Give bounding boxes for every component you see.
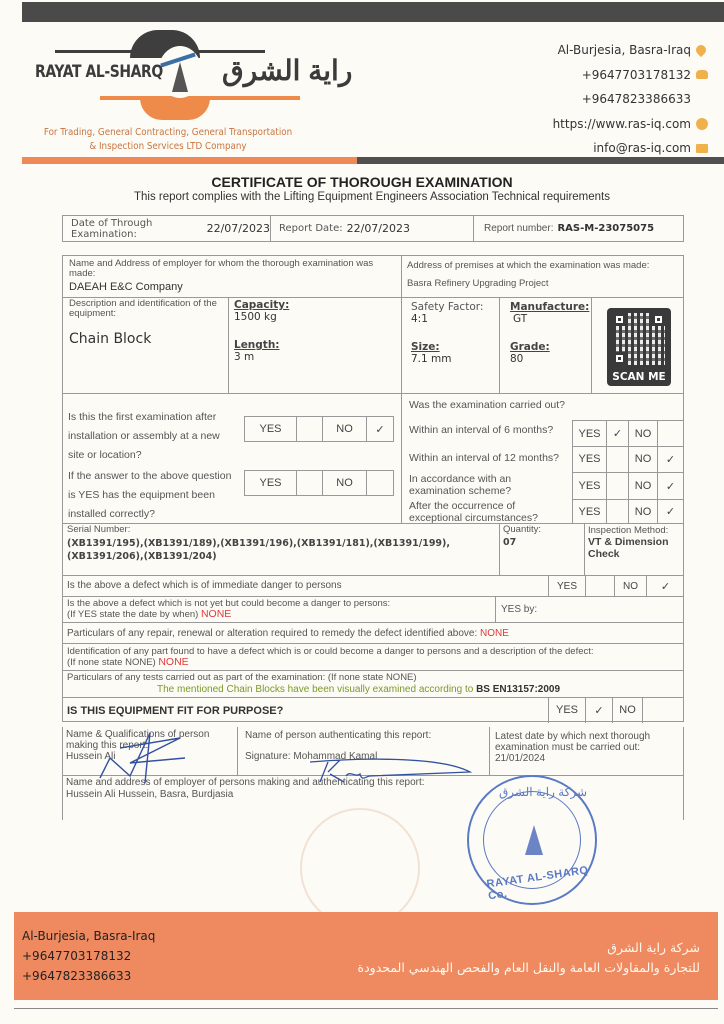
company-name-ar: راية الشرق [222,54,352,87]
size-value: 7.1 mm [411,353,496,365]
company-stamp: شركة راية الشرق RAYAT AL-SHARQ Co. [467,775,597,905]
footer-phone-1: +9647703178132 [22,946,155,966]
first-exam-question: Is this the first examination after inst… [68,408,238,465]
oil-rig-icon [172,62,188,92]
identification-value: NONE [158,656,188,668]
serial-number-value: (XB1391/195),(XB1391/189),(XB1391/196),(… [67,537,497,563]
interval-6-question: Within an interval of 6 months? [409,424,569,436]
exam-date: 22/07/2023 [207,222,270,235]
capacity-length-cell: Capacity: 1500 kg Length: 3 m [234,299,394,363]
contact-phone-1: +9647703178132 [553,63,708,88]
interval-12-yes-no: YES NO ✓ [572,446,684,473]
contact-website[interactable]: https://www.ras-iq.com [553,112,708,137]
tagline-line-2: & Inspection Services LTD Company [30,140,306,154]
contact-block: Al-Burjesia, Basra-Iraq +9647703178132 +… [553,38,708,161]
fit-for-purpose-no-checkbox[interactable] [643,697,684,723]
immediate-danger-yes-checkbox[interactable] [586,576,615,597]
first-exam-yes-no: YES NO ✓ [244,416,394,442]
next-exam-cell: Latest date by which next thorough exami… [495,731,680,764]
header-top-bar [22,2,724,22]
header-divider-orange [22,157,357,164]
interval-6-yes-checkbox[interactable]: ✓ [607,421,629,446]
qr-code[interactable]: SCAN ME [607,308,671,386]
footer-contact: Al-Burjesia, Basra-Iraq +9647703178132 +… [22,926,155,986]
inspection-method-value: VT & Dimension Check [588,536,683,560]
examination-table: Name and Address of employer for whom th… [62,255,684,722]
employer-cell: Name and Address of employer for whom th… [69,259,389,293]
faded-watermark-stamp [300,808,420,928]
fit-for-purpose-yes-checkbox[interactable]: ✓ [586,697,613,723]
stamp-rig-icon [525,825,543,855]
exam-date-cell: Date of Through Examination: 22/07/2023 [63,216,271,241]
employer-name: DAEAH E&C Company [69,281,389,293]
contact-address: Al-Burjesia, Basra-Iraq [553,38,708,63]
company-tagline: For Trading, General Contracting, Genera… [30,126,306,154]
safety-size-cell: Safety Factor: 4:1 Size: 7.1 mm [411,301,496,365]
report-date-cell: Report Date: 22/07/2023 [271,216,474,241]
report-number-cell: Report number: RAS-M-23075075 [474,216,683,241]
yes-by-field[interactable]: YES by: [501,604,537,615]
immediate-danger-question: Is the above a defect which is of immedi… [67,580,342,591]
footer-ar-line-1: شركة راية الشرق [358,938,700,958]
maker-signature [90,728,210,788]
report-date: 22/07/2023 [347,222,410,235]
safety-factor-value: 4:1 [411,313,496,325]
installed-correctly-question: If the answer to the above question is Y… [68,467,240,524]
tagline-line-1: For Trading, General Contracting, Genera… [30,126,306,140]
length-value: 3 m [234,351,394,363]
capacity-value: 1500 kg [234,311,394,323]
future-danger-value: NONE [201,608,231,620]
exam-scheme-yes-no: YES NO ✓ [572,472,684,500]
tests-particulars: Particulars of any tests carried out as … [67,672,682,696]
future-danger-cell: Is the above a defect which is not yet b… [67,598,492,620]
footer-address: Al-Burjesia, Basra-Iraq [22,926,155,946]
exceptional-circumstances-question: After the occurrence of exceptional circ… [409,500,559,524]
footer-ar-line-2: للتجارة والمقاولات العامة والنقل العام و… [358,958,700,978]
quantity-value: 07 [503,537,581,548]
footer-arabic: شركة راية الشرق للتجارة والمقاولات العام… [358,938,700,978]
repair-particulars: Particulars of any repair, renewal or al… [67,628,509,639]
installed-correctly-no-checkbox[interactable] [367,471,393,495]
manufacture-grade-cell: Manufacture: GT Grade: 80 [510,301,590,365]
interval-6-yes-no: YES ✓ NO [572,420,684,447]
footer-phone-2: +9647823386633 [22,966,155,986]
exam-scheme-no-checkbox[interactable]: ✓ [658,473,683,499]
authenticator-signature [300,752,480,792]
manufacture-value: GT [513,313,590,325]
first-exam-no-checkbox[interactable]: ✓ [367,417,393,441]
installed-correctly-yes-no: YES NO [244,470,394,496]
scan-me-label: SCAN ME [607,371,671,383]
certificate-subtitle: This report complies with the Lifting Eq… [0,191,724,203]
premises-cell: Address of premises at which the examina… [407,261,682,289]
interval-12-yes-checkbox[interactable] [607,446,629,472]
exceptional-no-checkbox[interactable]: ✓ [658,500,683,523]
mail-icon [696,144,708,153]
interval-6-no-checkbox[interactable] [658,421,683,446]
first-exam-yes-checkbox[interactable] [297,417,323,441]
serial-number-cell: Serial Number: (XB1391/195),(XB1391/189)… [67,525,497,563]
exam-scheme-question: In accordance with an examination scheme… [409,473,539,497]
repair-value: NONE [480,628,509,639]
exam-carried-out-heading: Was the examination carried out? [409,399,565,411]
fit-for-purpose-question: IS THIS EQUIPMENT FIT FOR PURPOSE? [67,705,283,717]
next-exam-date: 21/01/2024 [495,753,680,764]
quantity-cell: Quantity: 07 [503,525,581,548]
report-number: RAS-M-23075075 [557,223,654,234]
phone-icon [696,70,708,79]
stamp-text-ar: شركة راية الشرق [499,785,587,799]
equipment-name: Chain Block [69,331,224,347]
exceptional-yes-checkbox[interactable] [607,500,629,523]
contact-phone-2: +9647823386633 [553,87,708,112]
interval-12-no-checkbox[interactable]: ✓ [658,446,683,472]
grade-value: 80 [510,353,590,365]
inspection-method-cell: Inspection Method: VT & Dimension Check [588,526,683,560]
report-info-strip: Date of Through Examination: 22/07/2023 … [62,215,684,242]
logo-gear-bottom [140,98,210,120]
globe-icon [696,118,708,130]
certificate-title: CERTIFICATE OF THOROUGH EXAMINATION [0,174,724,190]
tests-standard: BS EN13157:2009 [476,684,560,695]
installed-correctly-yes-checkbox[interactable] [297,471,323,495]
exceptional-yes-no: YES NO ✓ [572,499,684,524]
company-name-en: RAYAT AL-SHARQ [35,62,163,82]
fit-for-purpose-yes-no: YES ✓ NO [548,697,684,723]
header-divider-gray [357,157,724,164]
immediate-danger-no-checkbox[interactable]: ✓ [647,576,684,597]
interval-12-question: Within an interval of 12 months? [409,452,569,464]
exam-scheme-yes-checkbox[interactable] [607,473,629,499]
immediate-danger-yes-no: YES NO ✓ [548,575,684,597]
location-pin-icon [694,43,708,57]
premises-value: Basra Refinery Upgrading Project [407,279,682,289]
footer-rule [14,1008,718,1009]
defect-identification: Identification of any part found to have… [67,646,682,668]
equipment-description-cell: Description and identification of the eq… [69,299,224,347]
tests-value: The mentioned Chain Blocks have been vis… [157,684,473,695]
